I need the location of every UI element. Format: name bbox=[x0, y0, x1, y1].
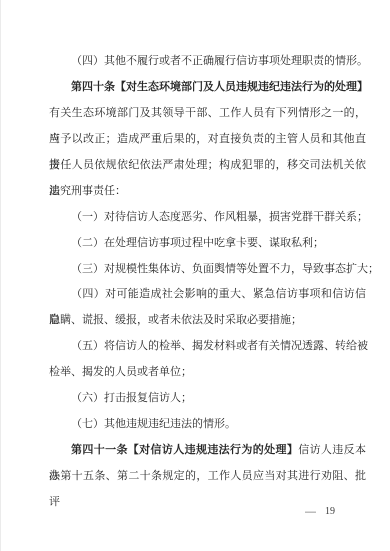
text-line: （四）其他不履行或者不正确履行信访事项处理职责的情形。 bbox=[49, 49, 366, 75]
body-text-segment: （四）其他不履行或者不正确履行信访事项处理职责的情形。 bbox=[71, 55, 368, 67]
body-text-segment: 追究刑事责任： bbox=[49, 185, 126, 197]
document-text-block: （四）其他不履行或者不正确履行信访事项处理职责的情形。第四十条【对生态环境部门及… bbox=[49, 49, 366, 490]
text-line: （五）将信访人的检举、揭发材料或者有关情况透露、转给被 bbox=[49, 334, 366, 360]
text-line: 追究刑事责任： bbox=[49, 179, 366, 205]
body-text-segment: （一）对待信访人态度恶劣、作风粗暴，损害党群干群关系； bbox=[71, 211, 368, 223]
body-text-segment: 检举、揭发的人员或者单位； bbox=[49, 366, 192, 378]
text-line: 法第十五条、第二十条规定的，工作人员应当对其进行劝阻、批评 bbox=[49, 464, 366, 490]
text-line: 第四十条【对生态环境部门及人员违规违纪违法行为的处理】 bbox=[49, 75, 366, 101]
text-line: 有关生态环境部门及其领导干部、工作人员有下列情形之一的，应 bbox=[49, 101, 366, 127]
text-line: （二）在处理信访事项过程中吃拿卡要、谋取私利； bbox=[49, 231, 366, 257]
text-line: （一）对待信访人态度恶劣、作风粗暴，损害党群干群关系； bbox=[49, 205, 366, 231]
text-line: 隐瞒、谎报、缓报，或者未依法及时采取必要措施； bbox=[49, 308, 366, 334]
text-line: （三）对规模性集体访、负面舆情等处置不力，导致事态扩大； bbox=[49, 257, 366, 283]
text-line: （四）对可能造成社会影响的重大、紧急信访事项和信访信息 bbox=[49, 282, 366, 308]
body-text-segment: 隐瞒、谎报、缓报，或者未依法及时采取必要措施； bbox=[49, 314, 302, 326]
article-heading-segment: 第四十一条【对信访人违规违法行为的处理】 bbox=[71, 444, 298, 456]
text-line: 当予以改正；造成严重后果的，对直接负责的主管人员和其他直接 bbox=[49, 127, 366, 153]
page-footer: — 19 bbox=[305, 503, 335, 521]
body-text-segment: （三）对规模性集体访、负面舆情等处置不力，导致事态扩大； bbox=[71, 263, 379, 275]
text-line: 检举、揭发的人员或者单位； bbox=[49, 360, 366, 386]
article-heading-segment: 第四十条【对生态环境部门及人员违规违纪违法行为的处理】 bbox=[71, 81, 368, 93]
body-text-segment: （二）在处理信访事项过程中吃拿卡要、谋取私利； bbox=[71, 237, 324, 249]
text-line: （七）其他违规违纪违法的情形。 bbox=[49, 412, 366, 438]
page-left-edge-line bbox=[0, 0, 1, 551]
footer-dash: — bbox=[305, 503, 316, 521]
page-number: 19 bbox=[325, 503, 335, 521]
text-line: （六）打击报复信访人； bbox=[49, 386, 366, 412]
body-text-segment: （五）将信访人的检举、揭发材料或者有关情况透露、转给被 bbox=[71, 340, 368, 352]
document-page: （四）其他不履行或者不正确履行信访事项处理职责的情形。第四十条【对生态环境部门及… bbox=[0, 0, 390, 551]
text-line: 责任人员依规依纪依法严肃处理；构成犯罪的，移交司法机关依法 bbox=[49, 153, 366, 179]
text-line: 第四十一条【对信访人违规违法行为的处理】信访人违反本办 bbox=[49, 438, 366, 464]
body-text-segment: （六）打击报复信访人； bbox=[71, 392, 192, 404]
body-text-segment: （七）其他违规违纪违法的情形。 bbox=[71, 418, 236, 430]
